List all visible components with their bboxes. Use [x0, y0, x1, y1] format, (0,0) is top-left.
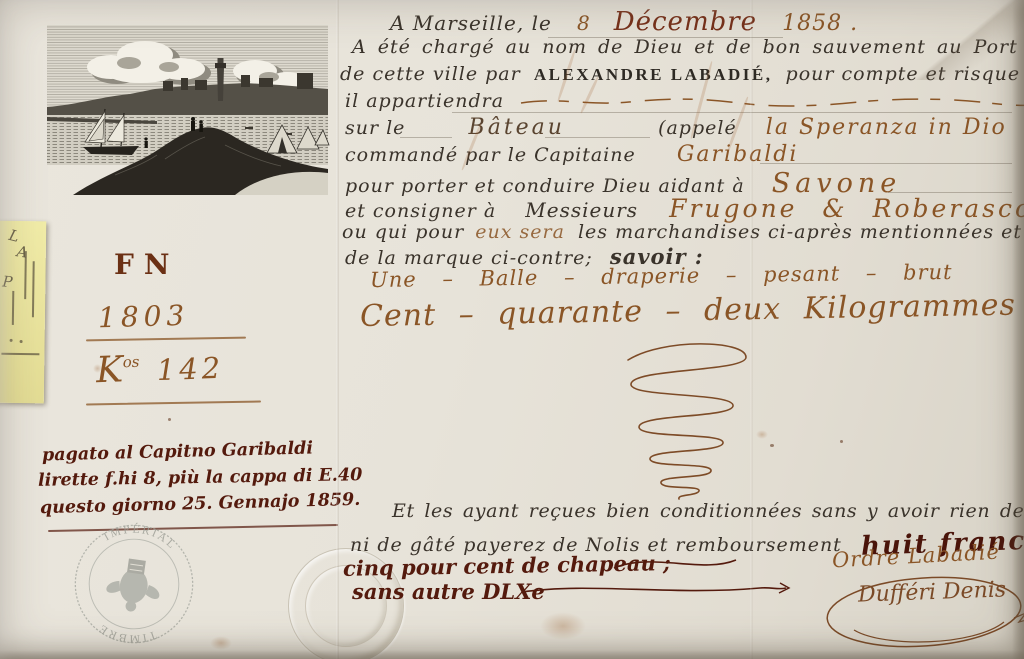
vessel-pre: sur le [345, 117, 405, 139]
signature-flourish [824, 560, 1024, 658]
dateline-year: 1858 . [782, 11, 858, 36]
paper-edge-right [1012, 0, 1024, 659]
stain [210, 636, 232, 650]
stain [756, 430, 768, 439]
wavy-fill-line [519, 95, 1024, 109]
vessel-name: la Speranza in Dio [766, 115, 1007, 140]
line-appartiendra: il appartiendra [345, 90, 1024, 114]
svg-text:IMPÉRIAL: IMPÉRIAL [100, 517, 181, 554]
consignee-messieurs: Messieurs [525, 198, 638, 222]
note-line: lirette f.hi 8, più la cappa di E.40 [38, 465, 363, 491]
signature-name: Dufféri Denis [858, 577, 1007, 607]
line-marchandises: ou qui pour eux sera les marchandises ci… [342, 221, 1024, 245]
paper-edge-bottom [0, 650, 1024, 659]
line-condition: Et les ayant reçues bien conditionnées s… [392, 500, 1024, 524]
stamp-text-bottom: IMPÉRIAL [100, 517, 181, 554]
mark-underline [86, 337, 246, 342]
mark-lot-number: 1803 [98, 299, 190, 334]
sticky-stroke [32, 261, 34, 317]
no-other-flourish [520, 578, 795, 602]
marchandises-b: les marchandises ci-après mentionnées et… [578, 221, 1024, 243]
sticky-underline [1, 353, 39, 355]
rule [400, 137, 452, 138]
consignee-name: Frugone & Roberasco [669, 194, 1024, 223]
sticky-dot [10, 339, 13, 342]
sticky-stroke [24, 251, 26, 299]
sticky-note: L A P [0, 221, 46, 404]
rule [760, 163, 1012, 164]
appartiendra-text: il appartiendra [345, 90, 504, 112]
dateline-month: Décembre [614, 7, 757, 37]
mark-underline [86, 400, 261, 405]
kilos-value: 142 [156, 351, 225, 387]
captain-pre: commandé par le Capitaine [345, 144, 636, 166]
marchandises-a: ou qui pour [342, 221, 464, 243]
speck [770, 444, 774, 447]
crease [750, 0, 753, 659]
harbor-engraving [45, 23, 330, 195]
line-no-other: sans autre DLXe [352, 579, 545, 604]
svg-text:TIMBRE: TIMBRE [94, 620, 160, 649]
cargo-weight: Cent – quarante – deux Kilogrammes – [360, 286, 1024, 336]
rule [545, 137, 650, 138]
timbre-imperial-stamp: TIMBRE IMPÉRIAL [70, 520, 198, 648]
scanned-bill-of-lading: L A P FN 1803 Kos 142 pagato al Capitno … [0, 0, 1024, 659]
shipper-pre: de cette ville par [340, 63, 521, 85]
speck [168, 418, 171, 421]
rule [452, 112, 1012, 113]
consignee-pre: et consigner à [345, 200, 496, 222]
dateline-printed: A Marseille, le [390, 11, 552, 35]
note-line: pagato al Capitno Garibaldi [42, 438, 313, 465]
sticky-dot [20, 340, 23, 343]
note-line: questo giorno 25. Gennajo 1859. [40, 490, 361, 518]
corner-fold [874, 0, 1024, 80]
kilos-sup: os [122, 353, 139, 372]
stamp-text-top: TIMBRE [94, 620, 160, 649]
stain [540, 612, 586, 640]
primage-flourish [612, 550, 742, 576]
stain [93, 364, 102, 373]
dateline-day: 8 [577, 11, 591, 35]
sticky-stroke [12, 291, 14, 325]
marchandises-ins: eux sera [475, 221, 565, 243]
sticky-mark: A [16, 242, 29, 261]
line-consignee: et consigner à Messieurs Frugone & Rober… [345, 193, 1024, 224]
mark-initials: FN [114, 248, 179, 281]
stamp-eagle [104, 556, 164, 615]
line-dateline: A Marseille, le 8 Décembre 1858 . [390, 6, 858, 39]
sticky-mark: P [2, 272, 14, 291]
speck [840, 440, 843, 443]
mark-kilos: Kos 142 [95, 346, 224, 391]
crease [336, 0, 339, 659]
